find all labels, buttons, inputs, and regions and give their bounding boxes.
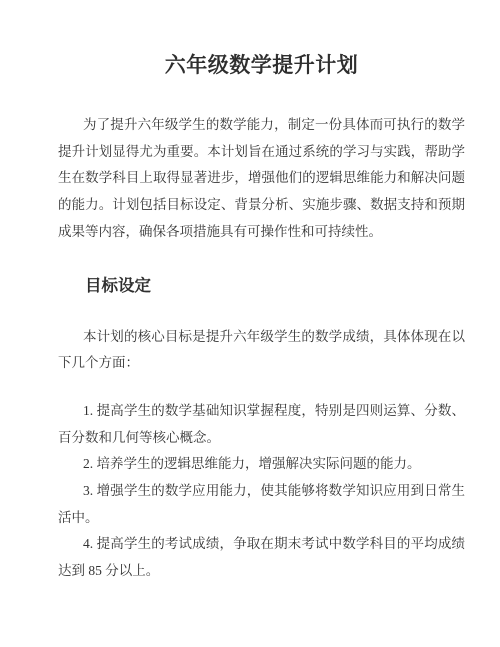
document-title: 六年级数学提升计划 — [58, 52, 465, 79]
goal-item-4: 4. 提高学生的考试成绩，争取在期末考试中数学科目的平均成绩达到 85 分以上。 — [58, 531, 465, 584]
goal-item-1: 1. 提高学生的数学基础知识掌握程度，特别是四则运算、分数、百分数和几何等核心概… — [58, 398, 465, 451]
section-heading-goal-setting: 目标设定 — [85, 275, 465, 297]
section-lead-paragraph: 本计划的核心目标是提升六年级学生的数学成绩，具体体现在以下几个方面： — [58, 324, 465, 377]
goal-item-3: 3. 增强学生的数学应用能力，使其能够将数学知识应用到日常生活中。 — [58, 478, 465, 531]
goal-list: 1. 提高学生的数学基础知识掌握程度，特别是四则运算、分数、百分数和几何等核心概… — [0, 398, 500, 585]
goal-item-2: 2. 培养学生的逻辑思维能力，增强解决实际问题的能力。 — [58, 451, 465, 478]
intro-paragraph: 为了提升六年级学生的数学能力，制定一份具体而可执行的数学提升计划显得尤为重要。本… — [58, 112, 465, 246]
document-page: 六年级数学提升计划 为了提升六年级学生的数学能力，制定一份具体而可执行的数学提升… — [0, 0, 500, 647]
